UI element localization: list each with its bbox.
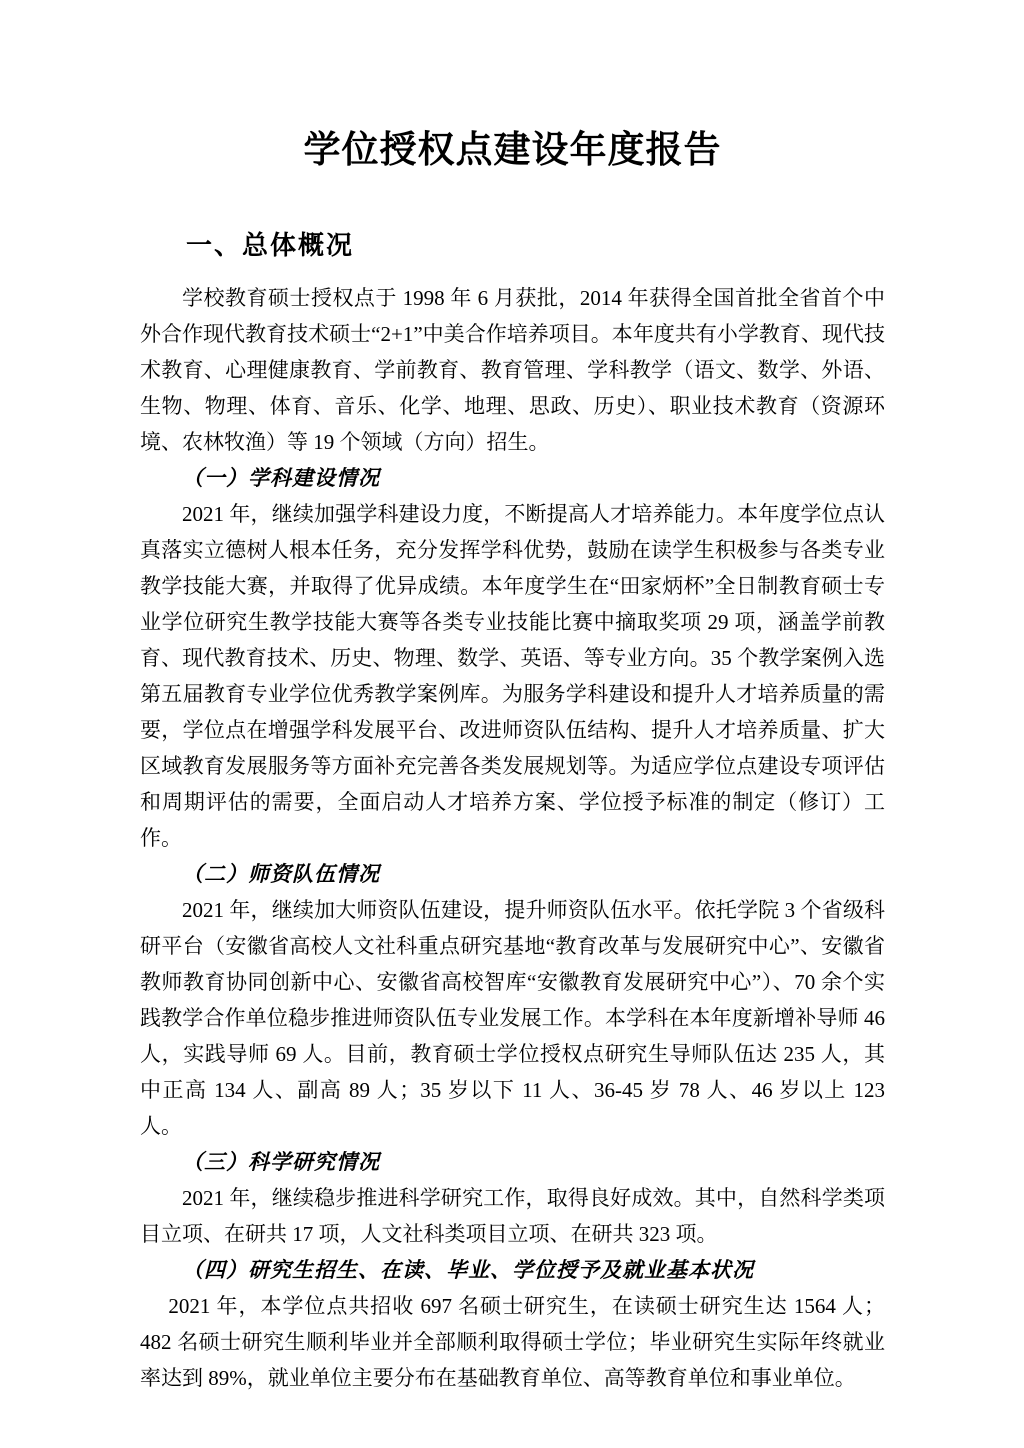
paragraph-enrollment-employment: 2021 年，本学位点共招收 697 名硕士研究生，在读硕士研究生达 1564 … xyxy=(140,1288,885,1396)
document-title-text: 学位授权点建设年度报告 xyxy=(304,130,722,171)
paragraph-scientific-research: 2021 年，继续稳步推进科学研究工作，取得良好成效。其中，自然科学类项目立项、… xyxy=(140,1180,885,1252)
subsection-heading-faculty-team: （二）师资队伍情况 xyxy=(140,856,885,892)
paragraph-overview-intro: 学校教育硕士授权点于 1998 年 6 月获批，2014 年获得全国首批全省首个… xyxy=(140,280,885,460)
subsection-heading-discipline-construction: （一）学科建设情况 xyxy=(140,460,885,496)
subsection-heading-enrollment-employment: （四）研究生招生、在读、毕业、学位授予及就业基本状况 xyxy=(140,1252,885,1288)
paragraph-faculty-team: 2021 年，继续加大师资队伍建设，提升师资队伍水平。依托学院 3 个省级科研平… xyxy=(140,892,885,1144)
paragraph-discipline-construction: 2021 年，继续加强学科建设力度，不断提高人才培养能力。本年度学位点认真落实立… xyxy=(140,496,885,856)
section-heading-overview: 一、总体概况 xyxy=(186,227,885,263)
document-title: 学位授权点建设年度报告 xyxy=(140,122,885,180)
report-page: 学位授权点建设年度报告 一、总体概况 学校教育硕士授权点于 1998 年 6 月… xyxy=(0,0,1024,1448)
subsection-heading-scientific-research: （三）科学研究情况 xyxy=(140,1144,885,1180)
